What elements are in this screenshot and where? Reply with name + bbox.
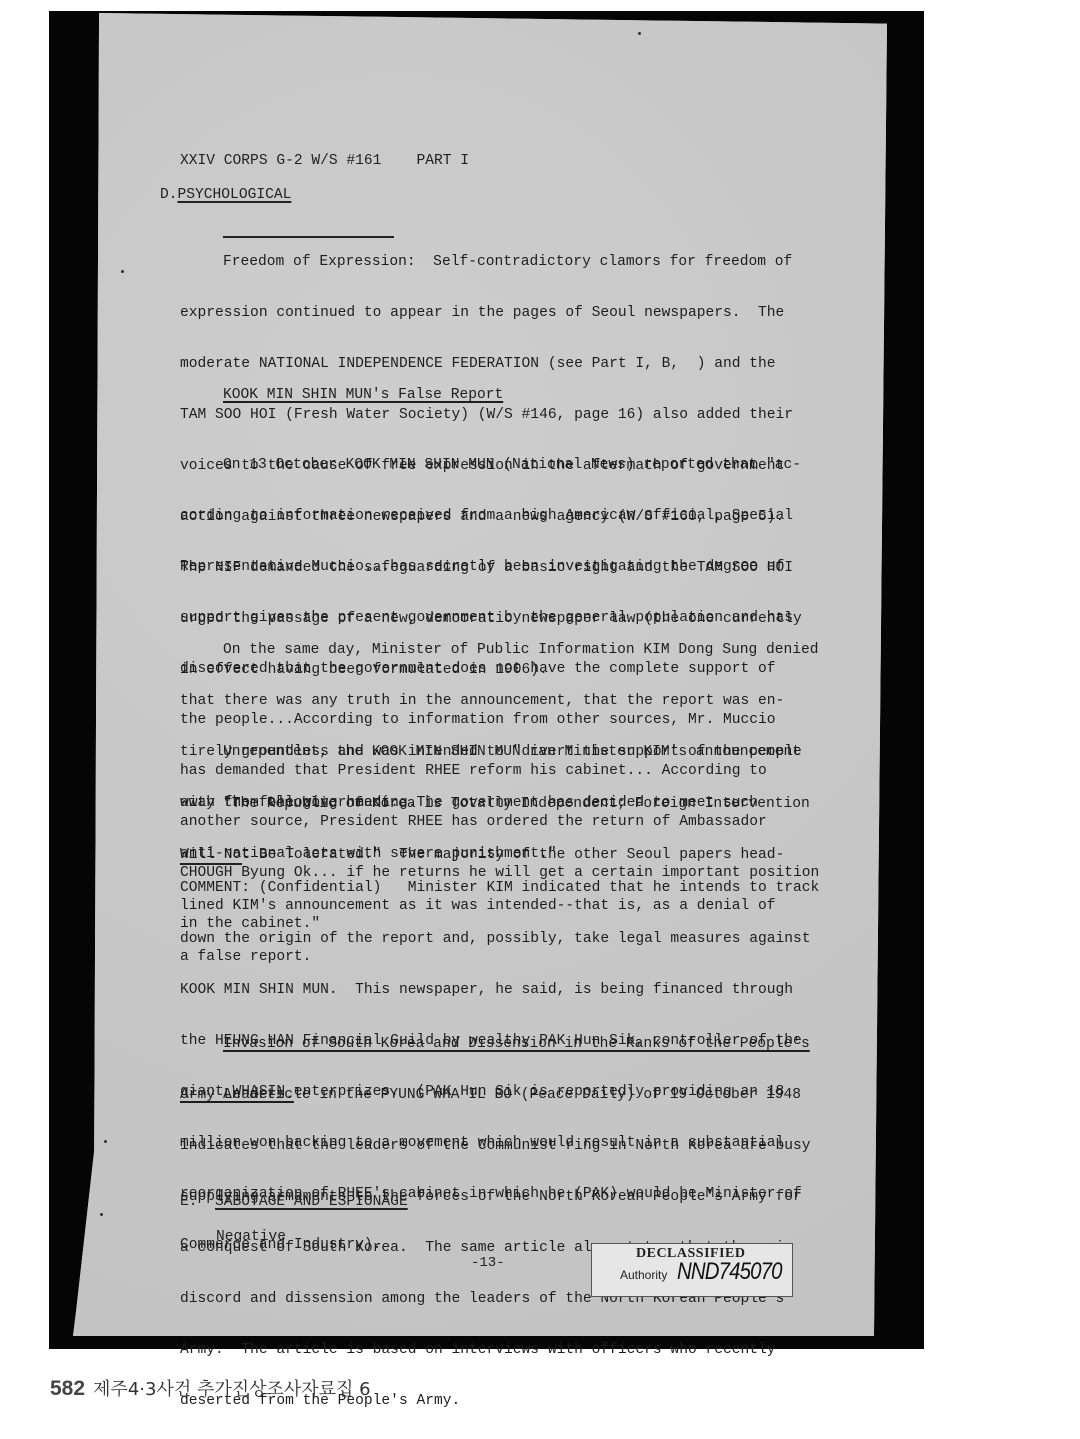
text-line: Representative Muccio...has secretly bee… [180,559,819,576]
text-line: On 13 October KOOK MIN SHIN MUN (Nationa… [180,457,819,474]
text-line: Unrepentent, the KOOK MIN SHIN MUN ran M… [180,744,801,761]
stamp-authority-value: NND745070 [677,1258,782,1286]
text-line: moderate NATIONAL INDEPENDENCE FEDERATIO… [180,356,802,373]
heading-underline [223,236,394,238]
section-e-heading: E. SABOTAGE AND ESPIONAGE [180,1194,408,1210]
book-footer: 582제주4·3사건 추가진상조사자료집 6 [50,1375,371,1401]
section-e-body: Negative [216,1229,286,1245]
text-line: Freedom of Expression: Self-contradictor… [180,254,802,271]
text-line: expression continued to appear in the pa… [180,305,802,322]
subheading-text: KOOK MIN SHIN MUN's False Report [223,387,503,403]
text-line: On the same day, Minister of Public Info… [180,642,819,659]
text-line: indicates that the leaders of the Commun… [180,1138,811,1155]
text-line: Army. The article is based on interviews… [180,1342,811,1359]
text-line: KOOK MIN SHIN MUN. This newspaper, he sa… [180,982,819,999]
book-page-number: 582 [50,1377,85,1400]
page-number: -13- [471,1255,505,1271]
subheading-text: Invasion of South Korea and Dissension i… [180,1036,810,1053]
document-header: XXIV CORPS G-2 W/S #161 PART I [180,153,469,169]
subheading-false-report: KOOK MIN SHIN MUN's False Report [223,387,503,404]
section-d-heading: D.PSYCHOLOGICAL [160,187,291,203]
speck [638,32,641,35]
section-d-letter: D. [160,187,178,203]
speck [104,1140,107,1143]
text-line: that there was any truth in the announce… [180,693,819,710]
text-line: An article in the PYUNG WHA IL BO (Peace… [180,1087,811,1104]
section-d-title: PSYCHOLOGICAL [178,187,292,203]
stamp-authority-label: Authority [620,1268,667,1282]
text-line: COMMENT: (Confidential) Minister KIM ind… [180,880,819,897]
speck [100,1213,103,1216]
text-line: "The Republic of Korea is Totally Indepe… [180,796,810,813]
comment-underline [180,863,242,865]
text-line: TAM SOO HOI (Fresh Water Society) (W/S #… [180,407,802,424]
book-title: 제주4·3사건 추가진상조사자료집 6 [93,1379,371,1400]
speck [121,270,124,273]
section-e-letter: E. [180,1194,198,1210]
section-e-title: SABOTAGE AND ESPIONAGE [215,1194,408,1210]
text-line: down the origin of the report and, possi… [180,931,819,948]
declassified-stamp: DECLASSIFIED Authority NND745070 [591,1243,793,1297]
text-line: cording to information received from a h… [180,508,819,525]
